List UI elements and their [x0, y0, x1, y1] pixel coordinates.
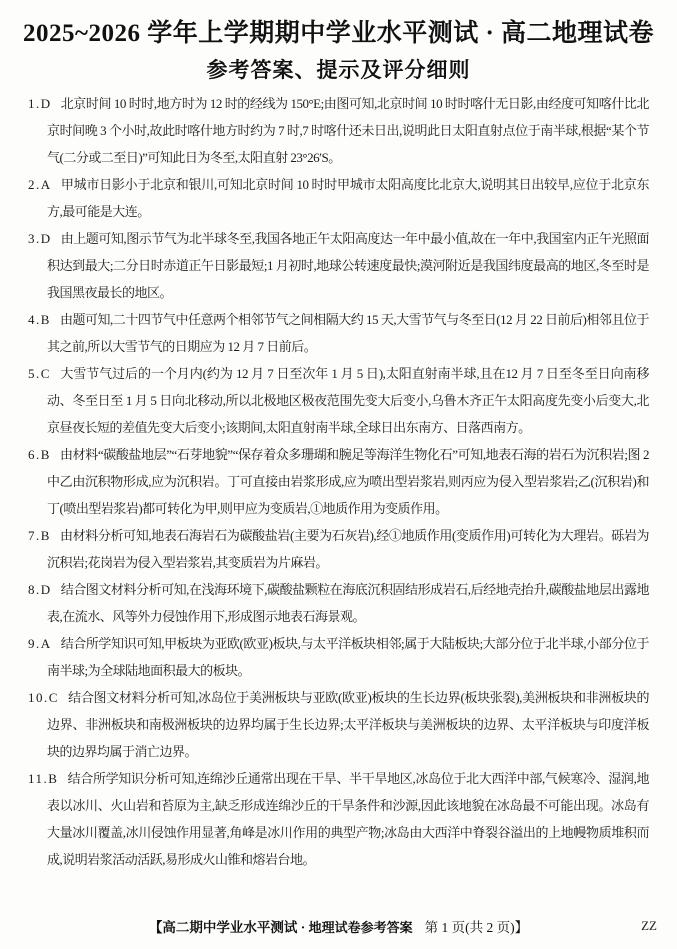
- answer-label: 10.C: [28, 690, 59, 705]
- answer-item-11: 11.B结合所学知识分析可知,连绵沙丘通常出现在干旱、半干旱地区,冰岛位于北大西…: [28, 765, 649, 873]
- answer-label: 5.C: [28, 366, 51, 381]
- page-footer: 【高二期中学业水平测试 · 地理试卷参考答案第 1 页(共 2 页)】: [0, 916, 677, 936]
- answer-item-10: 10.C结合图文材料分析可知,冰岛位于美洲板块与亚欧(欧亚)板块的生长边界(板块…: [28, 684, 649, 765]
- answer-item-1: 1.D北京时间 10 时时,地方时为 12 时的经线为 150°E;由图可知,北…: [28, 90, 649, 171]
- answer-text: 北京时间 10 时时,地方时为 12 时的经线为 150°E;由图可知,北京时间…: [47, 96, 649, 165]
- answer-text: 由材料分析可知,地表石海岩石为碳酸盐岩(主要为石灰岩),经①地质作用(变质作用)…: [47, 528, 649, 570]
- answer-text: 由题可知,二十四节气中任意两个相邻节气之间相隔大约 15 天,大雪节气与冬至日(…: [47, 312, 649, 354]
- answer-item-9: 9.A结合所学知识可知,甲板块为亚欧(欧亚)板块,与太平洋板块相邻;属于大陆板块…: [28, 630, 649, 684]
- answer-text: 甲城市日影小于北京和银川,可知北京时间 10 时时甲城市太阳高度比北京大,说明其…: [47, 177, 649, 219]
- answer-label: 11.B: [28, 771, 58, 786]
- answer-item-3: 3.D由上题可知,图示节气为北半球冬至,我国各地正午太阳高度达一年中最小值,故在…: [28, 225, 649, 306]
- answer-item-7: 7.B由材料分析可知,地表石海岩石为碳酸盐岩(主要为石灰岩),经①地质作用(变质…: [28, 522, 649, 576]
- answer-text: 结合图文材料分析可知,冰岛位于美洲板块与亚欧(欧亚)板块的生长边界(板块张裂),…: [47, 690, 649, 759]
- footer-page-number: 第 1 页(共 2 页)】: [425, 920, 529, 935]
- answer-text: 结合所学知识分析可知,连绵沙丘通常出现在干旱、半干旱地区,冰岛位于北大西洋中部,…: [47, 771, 649, 867]
- answer-label: 9.A: [28, 636, 52, 651]
- answer-item-8: 8.D结合图文材料分析可知,在浅海环境下,碳酸盐颗粒在海底沉积固结形成岩石,后经…: [28, 576, 649, 630]
- answer-item-6: 6.B由材料“碳酸盐地层”“石芽地貌”“保存着众多珊瑚和腕足等海洋生物化石”可知…: [28, 441, 649, 522]
- answer-text: 结合所学知识可知,甲板块为亚欧(欧亚)板块,与太平洋板块相邻;属于大陆板块;大部…: [47, 636, 649, 678]
- answers-list: 1.D北京时间 10 时时,地方时为 12 时的经线为 150°E;由图可知,北…: [28, 90, 649, 873]
- footer-exam-name: 【高二期中学业水平测试 ·: [149, 920, 309, 935]
- answer-label: 3.D: [28, 231, 52, 246]
- answer-label: 7.B: [28, 528, 51, 543]
- answer-label: 2.A: [28, 177, 52, 192]
- title-block: 2025~2026 学年上学期期中学业水平测试 · 高二地理试卷 参考答案、提示…: [0, 0, 677, 84]
- answer-key-subtitle: 参考答案、提示及评分细则: [0, 54, 677, 84]
- answer-item-4: 4.B由题可知,二十四节气中任意两个相邻节气之间相隔大约 15 天,大雪节气与冬…: [28, 306, 649, 360]
- footer-doc-title: 地理试卷参考答案: [309, 920, 413, 935]
- answer-text: 由材料“碳酸盐地层”“石芽地貌”“保存着众多珊瑚和腕足等海洋生物化石”可知,地表…: [47, 447, 649, 516]
- answer-text: 由上题可知,图示节气为北半球冬至,我国各地正午太阳高度达一年中最小值,故在一年中…: [47, 231, 649, 300]
- answer-label: 8.D: [28, 582, 52, 597]
- answer-text: 大雪节气过后的一个月内(约为 12 月 7 日至次年 1 月 5 日),太阳直射…: [47, 366, 649, 435]
- answer-key-page: 2025~2026 学年上学期期中学业水平测试 · 高二地理试卷 参考答案、提示…: [0, 0, 677, 949]
- answer-label: 1.D: [28, 96, 52, 111]
- answer-text: 结合图文材料分析可知,在浅海环境下,碳酸盐颗粒在海底沉积固结形成岩石,后经地壳抬…: [47, 582, 649, 624]
- exam-title: 2025~2026 学年上学期期中学业水平测试 · 高二地理试卷: [0, 13, 677, 49]
- answer-label: 4.B: [28, 312, 51, 327]
- watermark-code: ZZ: [641, 918, 657, 934]
- answer-item-2: 2.A甲城市日影小于北京和银川,可知北京时间 10 时时甲城市太阳高度比北京大,…: [28, 171, 649, 225]
- answer-label: 6.B: [28, 447, 51, 462]
- answer-item-5: 5.C大雪节气过后的一个月内(约为 12 月 7 日至次年 1 月 5 日),太…: [28, 360, 649, 441]
